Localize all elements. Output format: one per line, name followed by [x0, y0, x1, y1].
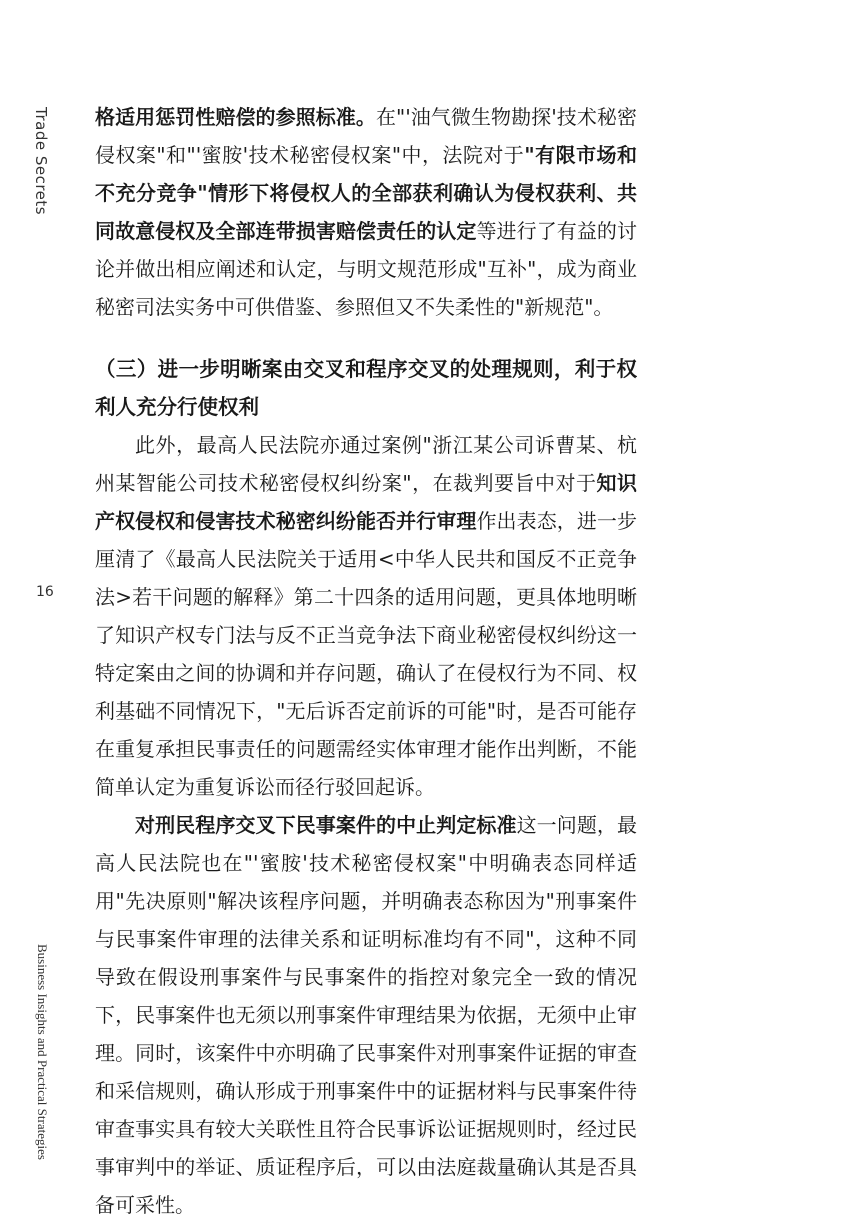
body-text: 这一问题，最高人民法院也在"'蜜胺'技术秘密侵权案"中明确表态同样适用"先决原则… [95, 813, 637, 1217]
body-text: 作出表态，进一步厘清了《最高人民法院关于适用<中华人民共和国反不正竞争法>若干问… [95, 509, 637, 799]
section-heading: （三）进一步明晰案由交叉和程序交叉的处理规则，利于权利人充分行使权利 [95, 350, 637, 426]
paragraph: 对刑民程序交叉下民事案件的中止判定标准这一问题，最高人民法院也在"'蜜胺'技术秘… [95, 806, 637, 1224]
page-body: 格适用惩罚性赔偿的参照标准。在"'油气微生物勘探'技术秘密侵权案"和"'蜜胺'技… [95, 98, 637, 1224]
running-footer-label: Business Insights and Practical Strategi… [34, 944, 50, 1160]
paragraph: 此外，最高人民法院亦通过案例"浙江某公司诉曹某、杭州某智能公司技术秘密侵权纠纷案… [95, 426, 637, 806]
running-header-label: Trade Secrets [32, 107, 50, 215]
paragraph-continuation: 格适用惩罚性赔偿的参照标准。在"'油气微生物勘探'技术秘密侵权案"和"'蜜胺'技… [95, 98, 637, 326]
bold-text: 格适用惩罚性赔偿的参照标准。 [95, 105, 376, 129]
bold-text: 对刑民程序交叉下民事案件的中止判定标准 [135, 813, 517, 837]
body-text: 此外，最高人民法院亦通过案例"浙江某公司诉曹某、杭州某智能公司技术秘密侵权纠纷案… [95, 433, 637, 495]
page-number: 16 [36, 584, 54, 600]
heading-text: （三）进一步明晰案由交叉和程序交叉的处理规则，利于权利人充分行使权利 [95, 357, 637, 419]
